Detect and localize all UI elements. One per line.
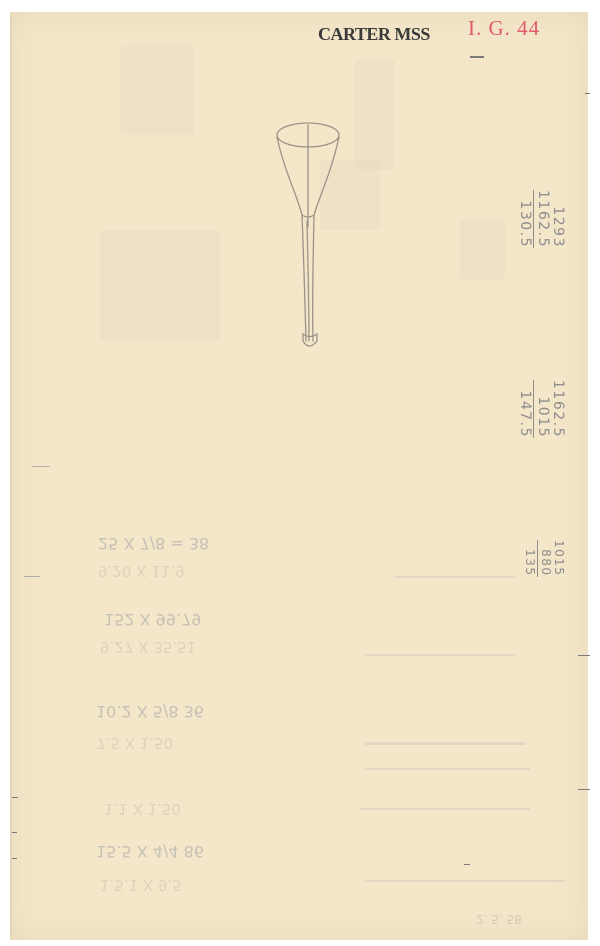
calculation-1: 1293 1162.5 130.5 [517,190,565,248]
bleed-through-line: 9.27 X 35.51 [100,638,196,656]
edge-tick [578,655,590,656]
shelfmark-label: I. G. 44 [468,16,540,41]
bleed-through-line: 25 X 7/8 = 38 [98,534,209,553]
calc-rule [533,190,534,248]
bleed-through-footer: 2. 5. 58 [476,912,522,926]
bleed-through-line: 9.20 X 11.9 [98,562,185,580]
edge-tick [12,797,18,798]
edge-tick [578,789,590,790]
bleed-through-line: 7.5 X 1.50 [96,734,173,752]
edge-tick [32,466,50,467]
bleed-through-stroke [365,880,565,882]
calc-subtrahend: 1015 [535,380,550,438]
calculation-3: 1015 880 135 [523,540,565,577]
calculation-2: 1162.5 1015 147.5 [517,380,565,438]
bleed-through-smudge [460,220,505,280]
calc-minuend: 1015 [552,540,565,577]
bleed-through-line: 1.5.1 X 9.5 [100,876,182,894]
calc-result: 135 [523,540,536,577]
calc-rule [533,380,534,438]
bleed-through-line: 15.5 X 4/4 86 [96,842,204,861]
bleed-through-stroke [395,576,515,578]
bleed-through-stroke [365,768,530,770]
edge-tick [24,576,40,577]
bleed-through-stroke [365,654,515,656]
bleed-through-line: 152 X 99.79 [104,610,201,629]
page-edge [10,12,12,940]
bleed-through-smudge [100,230,220,340]
calc-minuend: 1162.5 [550,380,565,438]
calc-result: 130.5 [517,190,532,248]
collection-stamp: CARTER MSS [318,24,430,45]
bleed-through-line: 1.1 X 1.50 [104,800,181,818]
bleed-through-smudge [120,45,195,135]
edge-tick [12,832,17,833]
calc-minuend: 1293 [550,190,565,248]
calc-subtrahend: 880 [539,540,552,577]
funnel-glass-sketch [262,115,362,360]
edge-tick [12,858,17,859]
calc-subtrahend: 1162.5 [535,190,550,248]
bleed-through-stroke [365,742,525,745]
calc-rule [537,540,538,577]
bleed-through-line: 10.2 X 5/8 36 [96,702,204,721]
bleed-through-stroke [360,808,530,810]
calc-result: 147.5 [517,380,532,438]
pencil-mark [470,56,484,58]
edge-tick [585,93,590,94]
edge-tick [464,864,470,865]
